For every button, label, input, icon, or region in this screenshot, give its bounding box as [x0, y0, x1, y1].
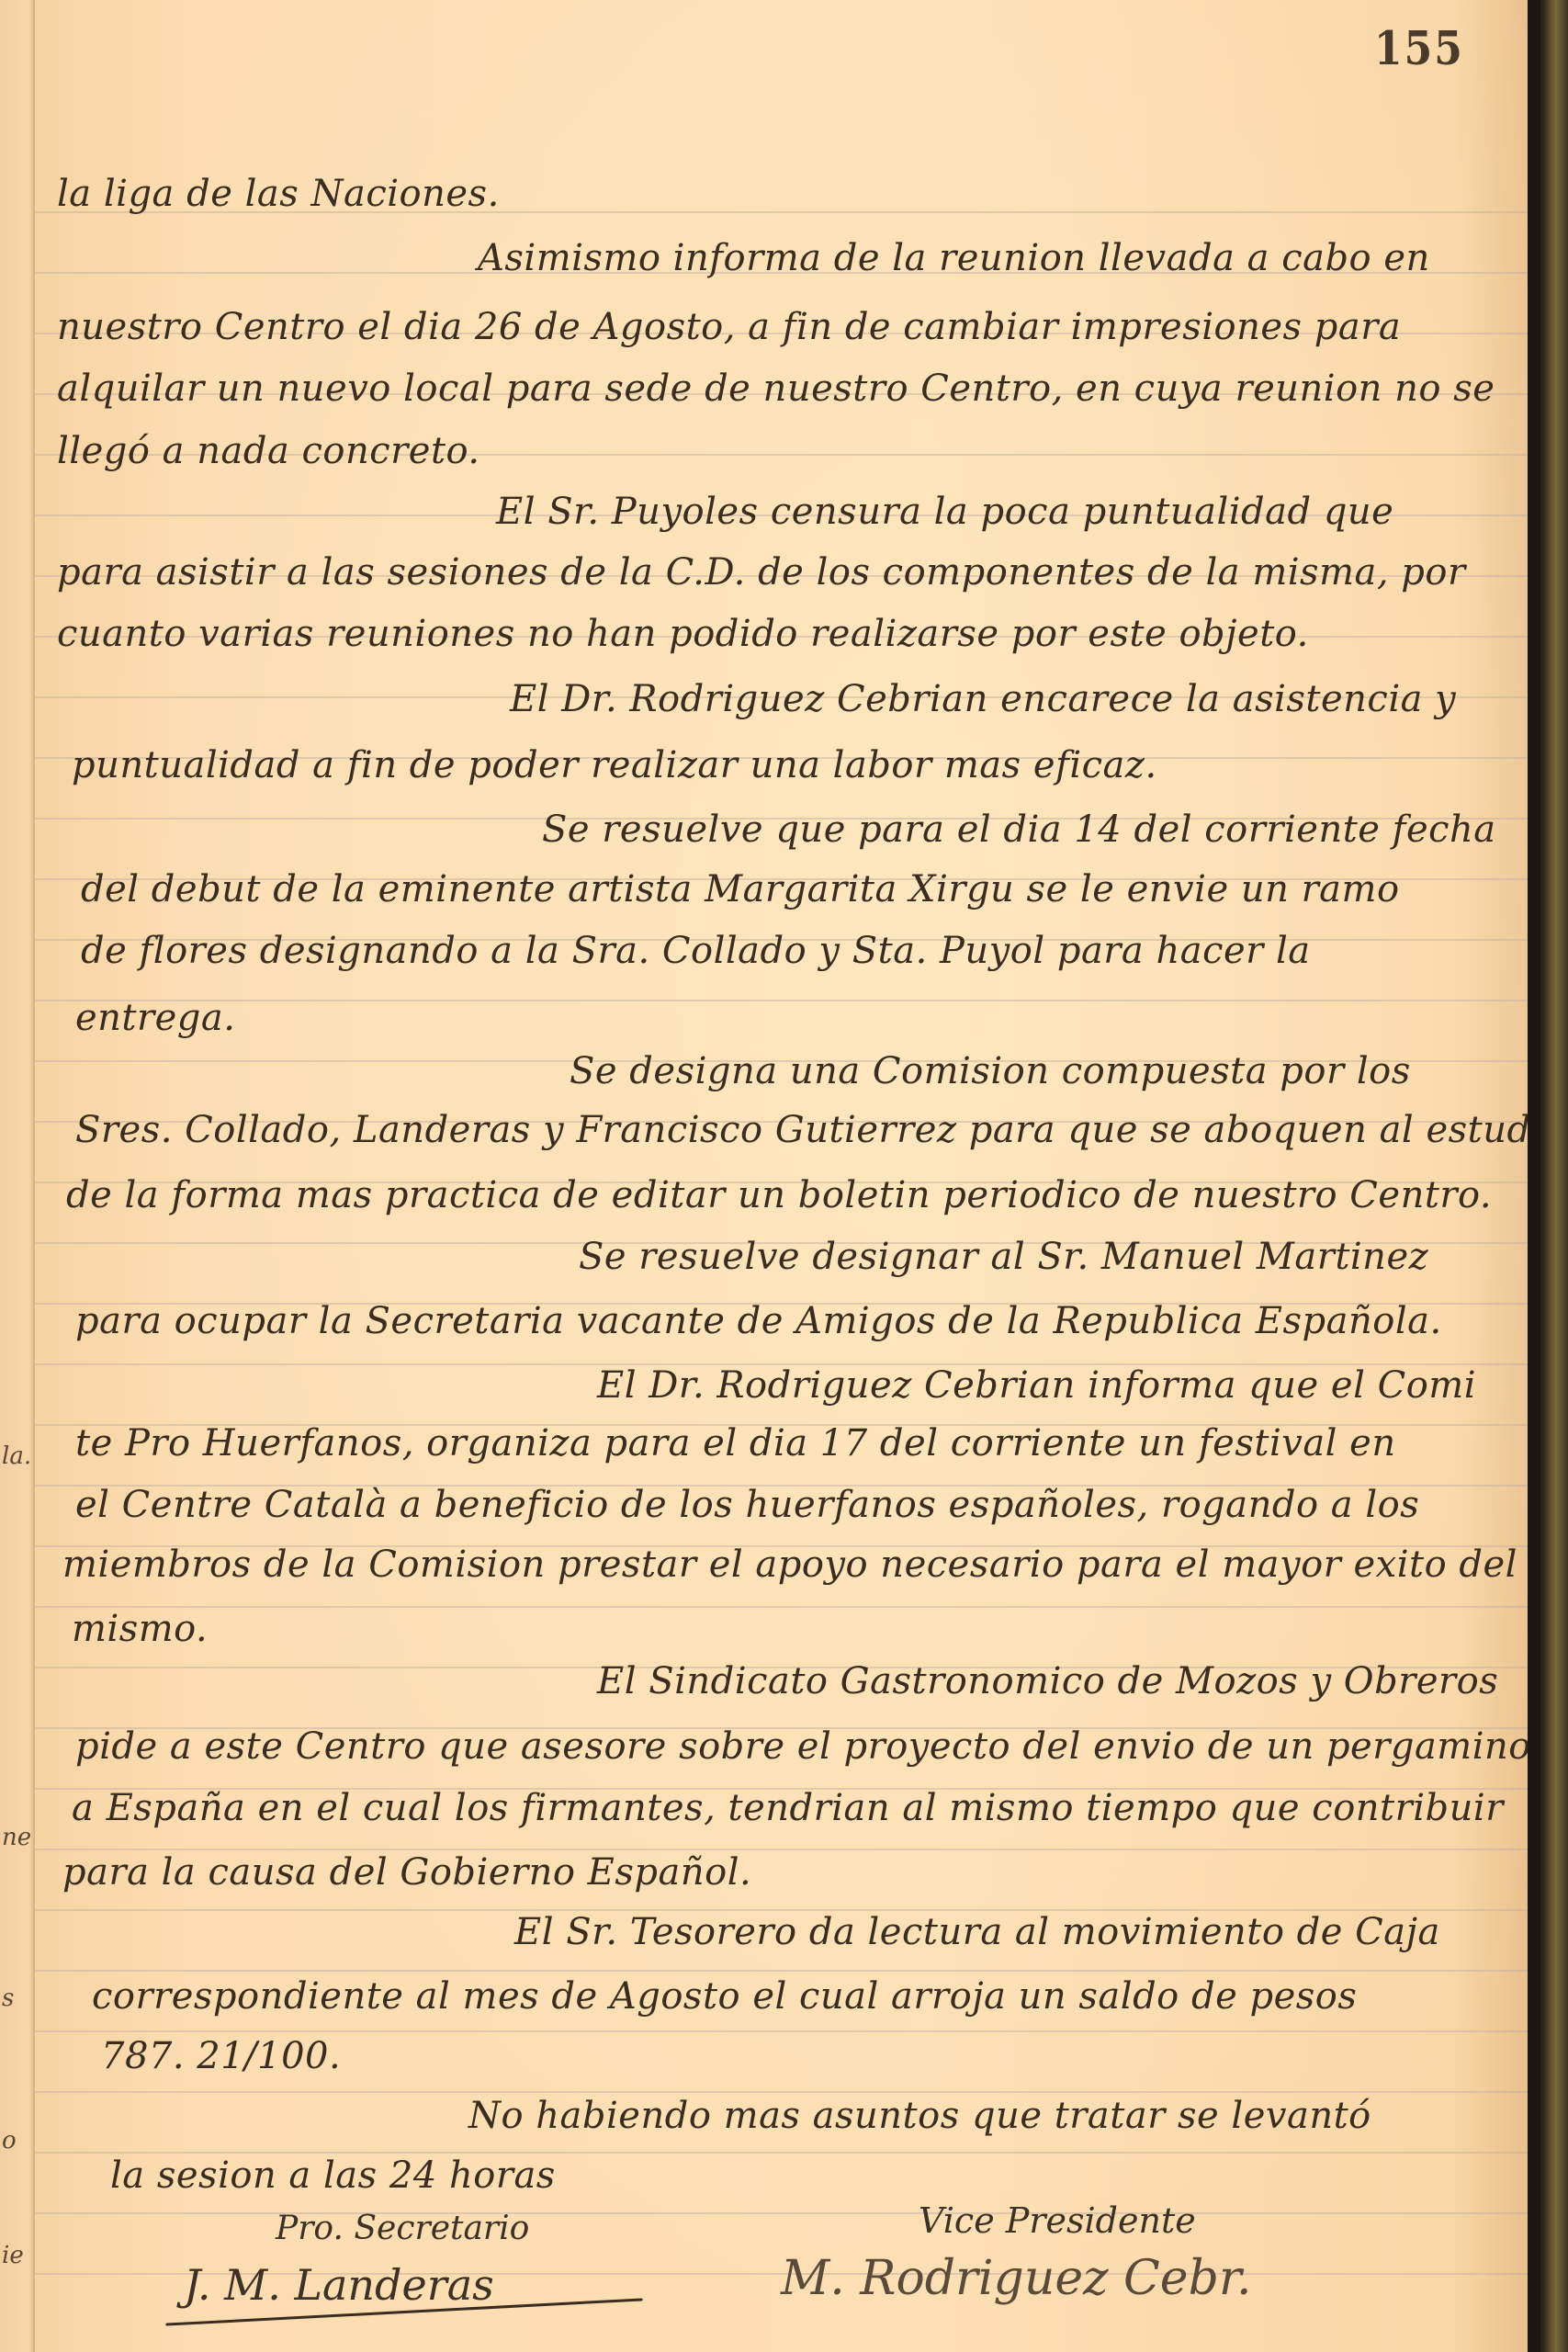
handwritten-line: mismo.	[72, 1608, 208, 1650]
handwritten-line: El Sr. Tesorero da lectura al movimiento…	[514, 1911, 1440, 1953]
signature-title-vice-president: Vice Presidente	[919, 2200, 1196, 2241]
ruled-line	[35, 1970, 1528, 1972]
handwritten-line: Se designa una Comision compuesta por lo…	[570, 1050, 1411, 1092]
handwritten-line: a España en el cual los firmantes, tendr…	[72, 1787, 1504, 1829]
signature-title-secretary: Pro. Secretario	[276, 2210, 529, 2247]
previous-page-edge: la. ne s o ie	[0, 0, 39, 2352]
handwritten-line: de flores designando a la Sra. Collado y…	[81, 930, 1311, 972]
ruled-line	[35, 2212, 1528, 2214]
ruled-line	[35, 1849, 1528, 1850]
prev-page-fragment: ne	[2, 1824, 31, 1851]
prev-page-fragment: ie	[2, 2242, 24, 2269]
handwritten-line: miembros de la Comision prestar el apoyo…	[62, 1543, 1517, 1586]
ledger-page-scan: la. ne s o ie	[0, 0, 1568, 2352]
handwritten-line: correspondiente al mes de Agosto el cual…	[92, 1975, 1357, 2018]
handwritten-line: pide a este Centro que asesore sobre el …	[75, 1725, 1531, 1768]
handwritten-line: El Sindicato Gastronomico de Mozos y Obr…	[597, 1660, 1498, 1702]
handwritten-line: alquilar un nuevo local para sede de nue…	[57, 367, 1495, 410]
handwritten-line: El Dr. Rodriguez Cebrian encarece la asi…	[510, 678, 1456, 720]
handwritten-line: puntualidad a fin de poder realizar una …	[72, 744, 1157, 786]
handwritten-line: No habiendo mas asuntos que tratar se le…	[468, 2095, 1371, 2137]
handwritten-line: Se resuelve que para el dia 14 del corri…	[542, 808, 1496, 851]
handwritten-line: nuestro Centro el dia 26 de Agosto, a fi…	[57, 306, 1401, 348]
book-binding-edge	[1528, 0, 1568, 2352]
handwritten-line: para asistir a las sesiones de la C.D. d…	[57, 551, 1466, 594]
ruled-line	[35, 1606, 1528, 1608]
handwritten-line: para la causa del Gobierno Español.	[62, 1851, 751, 1894]
ruled-line	[35, 2091, 1528, 2093]
page-number: 155	[1374, 22, 1464, 76]
handwritten-line: de la forma mas practica de editar un bo…	[66, 1174, 1492, 1216]
handwritten-line: El Dr. Rodriguez Cebrian informa que el …	[597, 1364, 1476, 1407]
handwritten-line: Asimismo informa de la reunion llevada a…	[478, 237, 1430, 279]
prev-page-fragment: o	[2, 2127, 17, 2154]
handwritten-line: para ocupar la Secretaria vacante de Ami…	[75, 1300, 1442, 1342]
handwritten-line: cuanto varias reuniones no han podido re…	[57, 613, 1309, 655]
prev-page-fragment: la.	[2, 1442, 31, 1470]
signature-vice-president: M. Rodriguez Cebr.	[781, 2251, 1252, 2306]
handwritten-line: 787. 21/100.	[101, 2035, 341, 2077]
handwritten-line: la liga de las Naciones.	[57, 173, 500, 215]
prev-page-fragment: s	[2, 1984, 14, 2012]
handwritten-line: Sres. Collado, Landeras y Francisco Guti…	[75, 1109, 1565, 1151]
ruled-line	[35, 2152, 1528, 2154]
handwritten-line: la sesion a las 24 horas	[110, 2154, 556, 2197]
ruled-line	[35, 2030, 1528, 2032]
handwritten-line: te Pro Huerfanos, organiza para el dia 1…	[75, 1422, 1396, 1464]
handwritten-line: el Centre Català a beneficio de los huer…	[75, 1484, 1419, 1526]
handwritten-line: Se resuelve designar al Sr. Manuel Marti…	[579, 1236, 1428, 1278]
handwritten-line: El Sr. Puyoles censura la poca puntualid…	[496, 491, 1393, 533]
handwritten-line: entrega.	[75, 997, 235, 1039]
handwritten-line: llegó a nada concreto.	[57, 430, 480, 472]
handwritten-line: del debut de la eminente artista Margari…	[81, 868, 1400, 910]
signature-secretary: J. M. Landeras	[184, 2260, 494, 2310]
ruled-line	[35, 1000, 1528, 1001]
